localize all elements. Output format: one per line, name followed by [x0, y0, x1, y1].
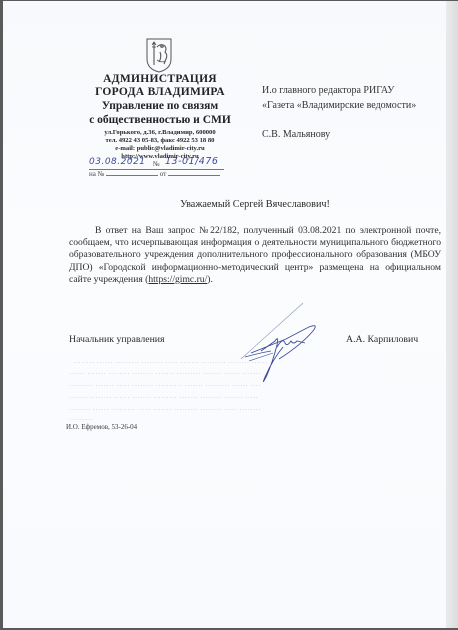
addressee-block: И.о главного редактора РИГАУ «Газета «Вл… — [262, 83, 416, 142]
addressee-organization: «Газета «Владимирские ведомости» — [262, 98, 416, 113]
org-name-line2: ГОРОДА ВЛАДИМИРА — [65, 86, 255, 98]
executor-contact: И.О. Ефремов, 53-26-04 — [66, 423, 137, 431]
reference-from-label: от — [160, 170, 166, 178]
letter-page: ········ ······ ········· ········ ·····… — [3, 1, 446, 628]
reference-number-blank — [106, 169, 158, 176]
reference-line: на № от — [89, 169, 224, 178]
handwritten-signature-icon — [231, 301, 331, 391]
bleed-through-text: ········ ······ ········· ····· ······· … — [69, 405, 439, 414]
registration-number: 13-01/476 — [165, 156, 218, 167]
signatory-name: А.А. Карпилович — [346, 334, 418, 345]
department-line1: Управление по связям — [65, 100, 255, 112]
addressee-name: С.В. Мальянову — [262, 127, 416, 142]
registration-date: 03.08.2021 — [89, 157, 146, 167]
greeting: Уважаемый Сергей Вячеславович! — [65, 199, 445, 210]
registration-number-label: № — [153, 160, 160, 168]
letter-body: В ответ на Ваш запрос №22/182, полученны… — [69, 225, 441, 286]
org-email: e-mail: public@vladimir-city.ru — [65, 145, 255, 153]
org-address: ул.Горького, д.36, г.Владимир, 600000 — [65, 129, 255, 137]
org-phone: тел. 4922 43 05-83, факс 4922 53 18 80 — [65, 137, 255, 145]
body-text-end: ). — [207, 274, 213, 285]
gimc-website-link[interactable]: https://gimc.ru/ — [148, 274, 207, 285]
signatory-title: Начальник управления — [69, 334, 165, 345]
reference-date-blank — [168, 169, 220, 176]
scan-edge — [446, 1, 458, 628]
bleed-through-text: ······· ········ ······ ······· ········… — [69, 393, 439, 402]
reference-number-label: на № — [89, 170, 104, 178]
org-name-line1: АДМИНИСТРАЦИЯ — [65, 73, 255, 85]
department-line2: с общественностью и СМИ — [65, 114, 255, 126]
addressee-position: И.о главного редактора РИГАУ — [262, 83, 416, 98]
body-text: В ответ на Ваш запрос №22/182, полученны… — [69, 225, 441, 285]
vladimir-coat-of-arms-icon — [145, 37, 173, 73]
